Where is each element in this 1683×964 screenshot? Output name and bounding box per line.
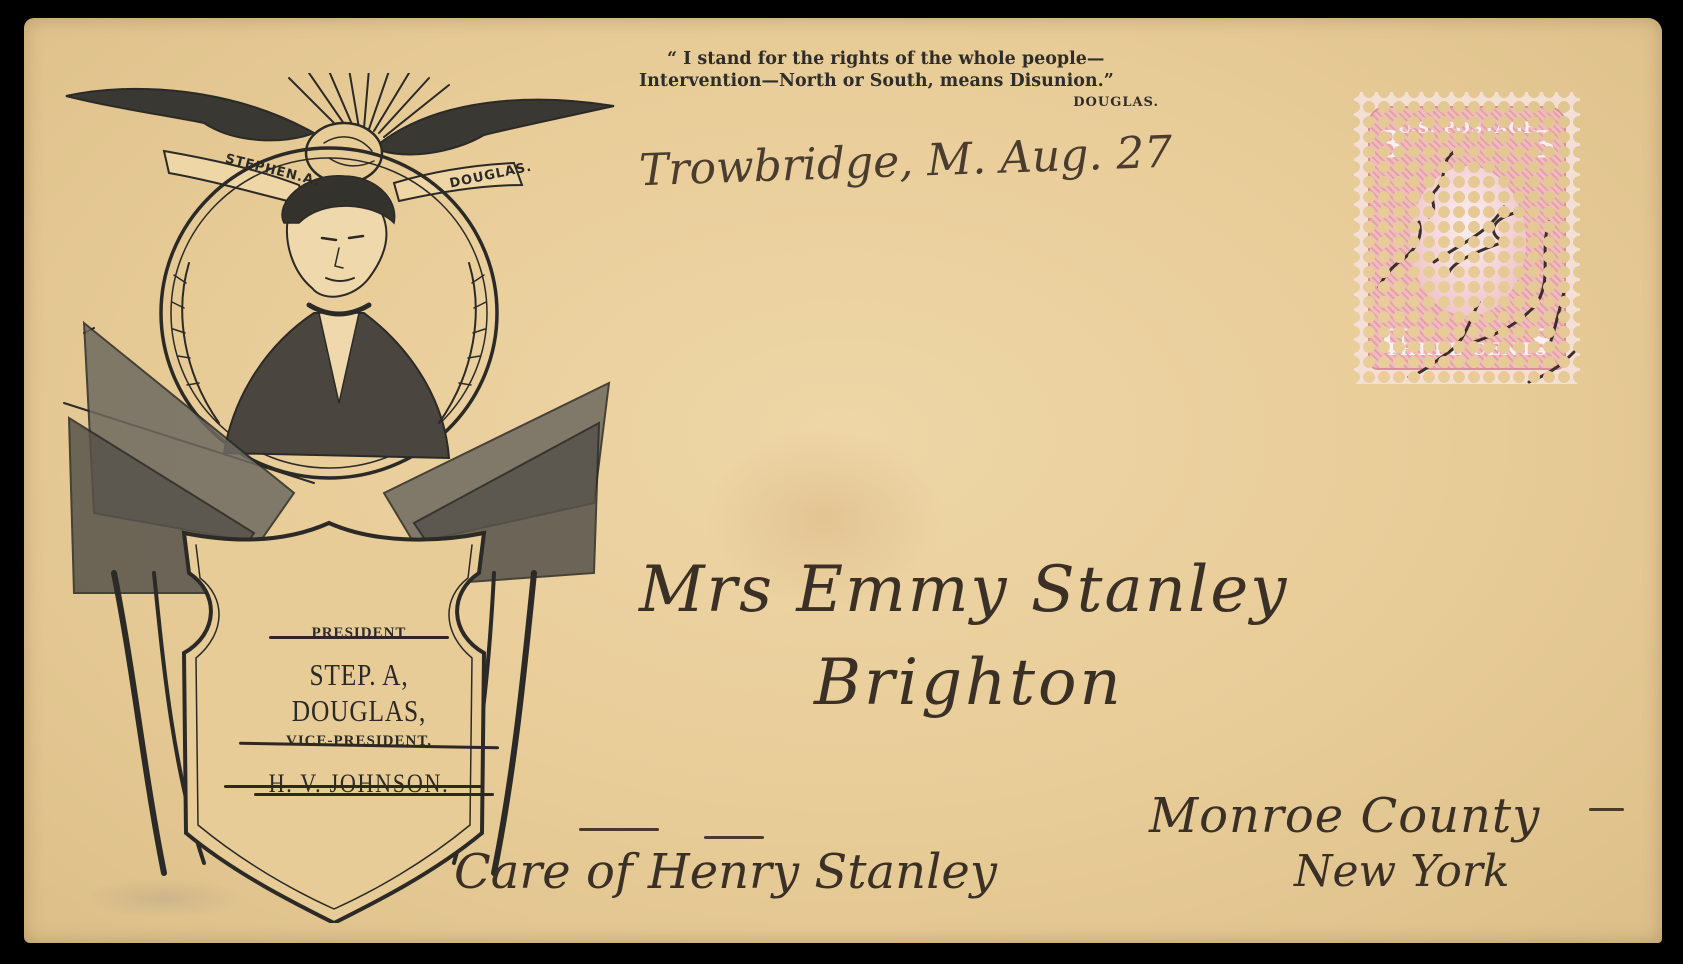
envelope: STEPHEN.A. DOUGLAS. PRESIDENT STEP. A, D…	[24, 18, 1662, 943]
address-county: Monroe County	[1149, 788, 1540, 844]
strikethrough-line	[254, 793, 494, 796]
campaign-engraving: STEPHEN.A. DOUGLAS. PRESIDENT STEP. A, D…	[54, 73, 654, 923]
pen-dash	[1589, 808, 1624, 811]
pen-dash	[579, 828, 659, 831]
manuscript-postmark: Trowbridge, M. Aug. 27	[638, 127, 1173, 197]
postage-stamp: U.S. POSTAGE 3 3 THREE CENTS U S	[1354, 92, 1580, 384]
address-state: New York	[1294, 846, 1510, 897]
quote-line-2: Intervention—North or South, means Disun…	[639, 70, 1199, 92]
strikethrough-line	[269, 636, 449, 639]
strikethrough-line	[224, 785, 484, 788]
pen-cancellation	[1354, 92, 1580, 384]
address-recipient: Mrs Emmy Stanley	[639, 553, 1288, 627]
quote-line-1: “ I stand for the rights of the whole pe…	[639, 48, 1199, 70]
quote-attribution: DOUGLAS.	[639, 92, 1199, 114]
address-care-of: Care of Henry Stanley	[454, 844, 997, 900]
president-label: PRESIDENT	[214, 625, 504, 642]
address-town: Brighton	[814, 646, 1124, 720]
pen-dash	[704, 836, 764, 839]
candidate-name: STEP. A, DOUGLAS,	[240, 657, 478, 729]
douglas-quote: “ I stand for the rights of the whole pe…	[639, 48, 1199, 114]
